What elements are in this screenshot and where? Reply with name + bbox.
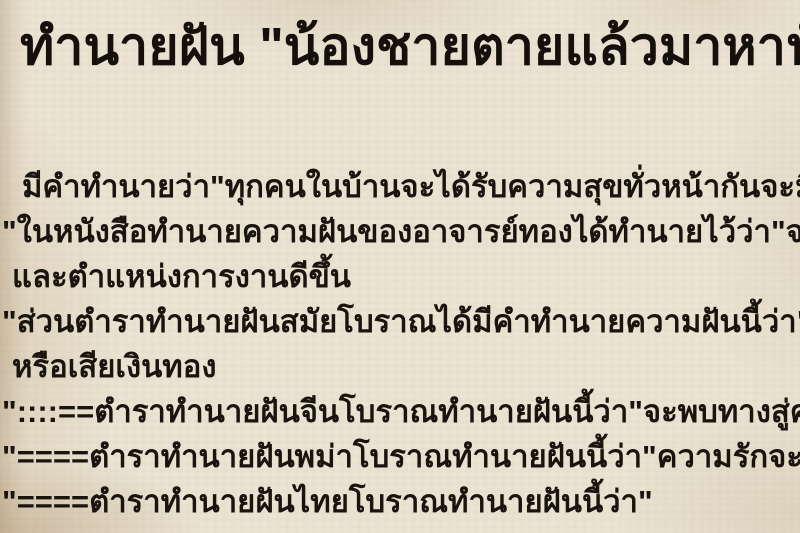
text-line: "ในหนังสือทำนายความฝันของอาจารย์ทองได้ทำ… bbox=[0, 209, 800, 254]
text-line: หรือเสียเงินทอง bbox=[0, 344, 800, 389]
text-line: "====ตำราทำนายฝันพม่าโบราณทำนายฝันนี้ว่า… bbox=[0, 434, 800, 479]
text-line: และตำแหน่งการงานดีขึ้น bbox=[0, 254, 800, 299]
body-text: มีคำทำนายว่า"ทุกคนในบ้านจะได้รับความสุขท… bbox=[0, 164, 800, 524]
text-line: "ส่วนตำราทำนายฝันสมัยโบราณได้มีคำทำนายคว… bbox=[0, 299, 800, 344]
text-line: มีคำทำนายว่า"ทุกคนในบ้านจะได้รับความสุขท… bbox=[0, 164, 800, 209]
text-line: "::::==ตำราทำนายฝันจีนโบราณทำนายฝันนี้ว่… bbox=[0, 389, 800, 434]
document-page: ทำนายฝัน "น้องชายตายแล้วมาหานั่งคุยเรื่อ… bbox=[0, 0, 800, 533]
text-line-partial: "====ตำราทำนายฝันไทยโบราณทำนายฝันนี้ว่า" bbox=[0, 479, 800, 524]
page-title: ทำนายฝัน "น้องชายตายแล้วมาหานั่งคุยเรื่อ bbox=[0, 0, 800, 82]
